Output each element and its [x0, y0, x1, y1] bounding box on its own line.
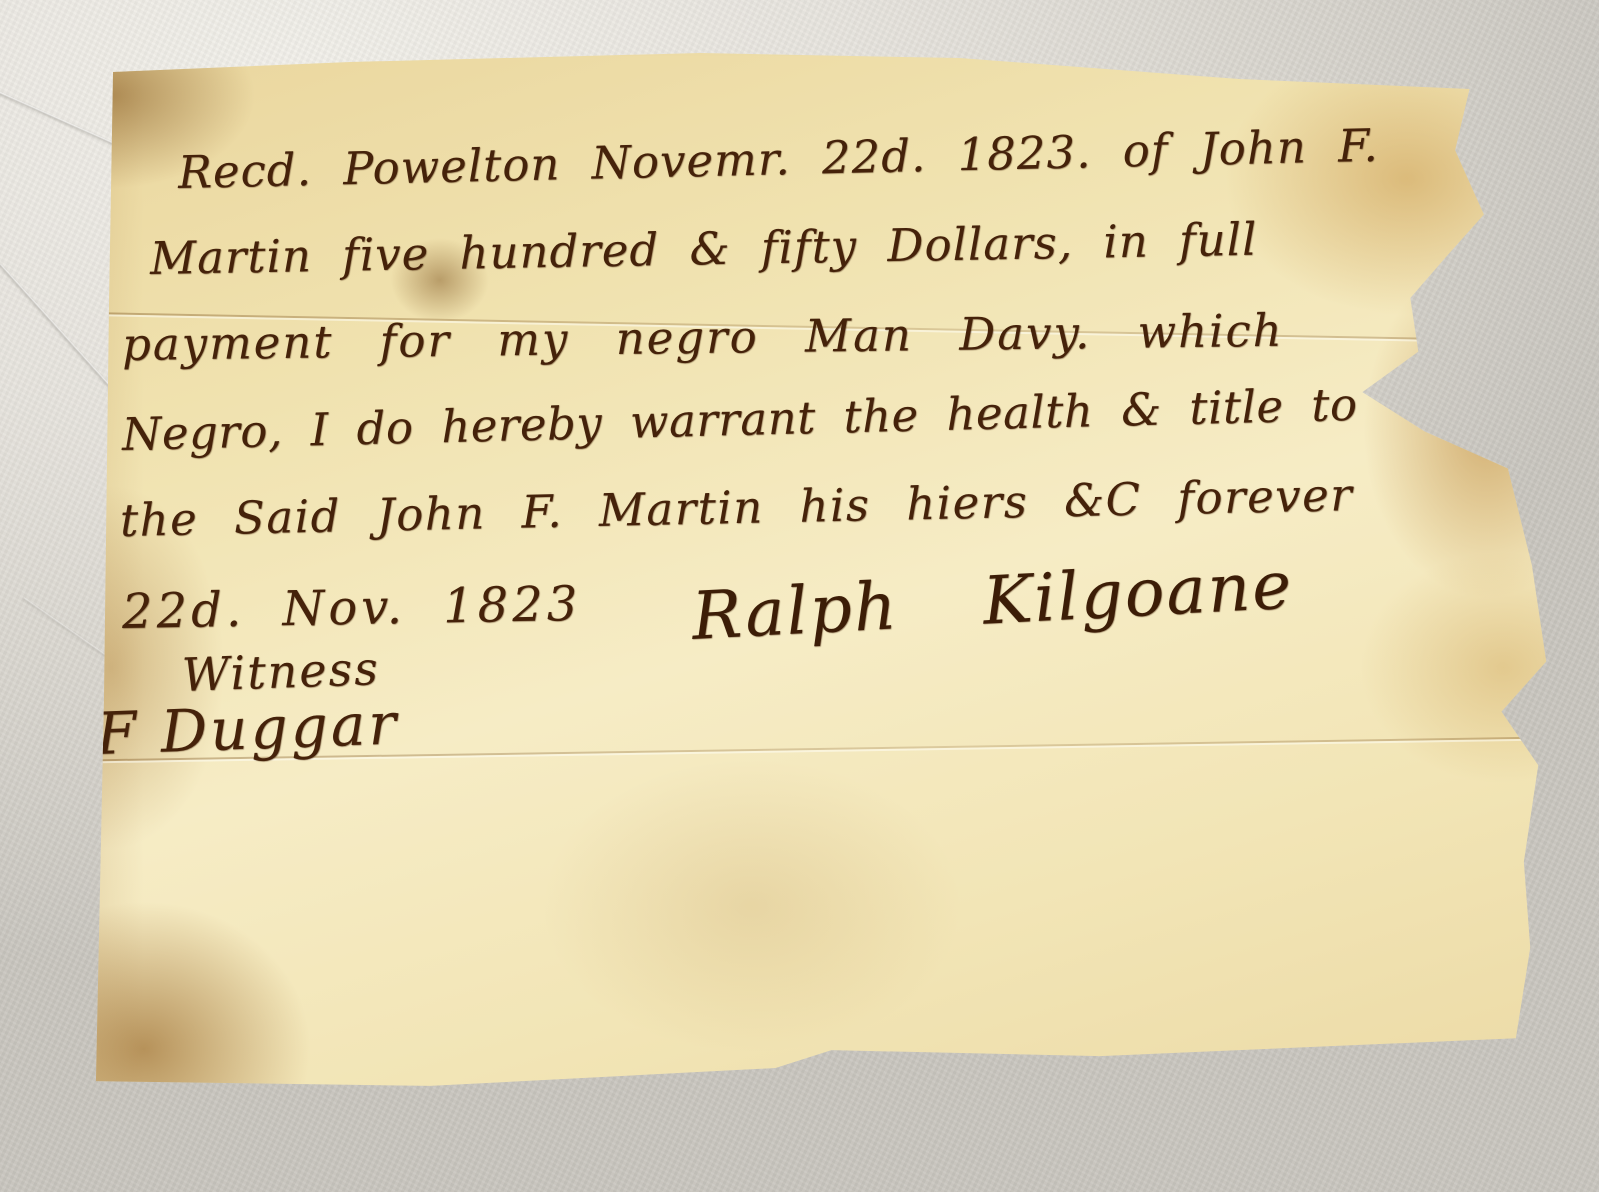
handwritten-line-warrant: Negro, I do hereby warrant the health & …: [121, 378, 1358, 461]
handwritten-line-heirs: the Said John F. Martin his hiers &C for…: [119, 468, 1353, 547]
wall-crack: [0, 263, 121, 398]
signature-ralph-kilgoane: Ralph Kilgoane: [690, 547, 1295, 655]
receipt-paper: Recd. Powelton Novemr. 22d. 1823. of Joh…: [0, 0, 1599, 1192]
document-photo: Recd. Powelton Novemr. 22d. 1823. of Joh…: [0, 0, 1599, 1192]
handwritten-line-amount: Martin five hundred & fifty Dollars, in …: [150, 213, 1258, 285]
witness-signature-f-duggar: F Duggar: [95, 689, 400, 768]
handwritten-date-line: 22d. Nov. 1823: [122, 576, 582, 640]
handwritten-line-received-date: Recd. Powelton Novemr. 22d. 1823. of Joh…: [177, 119, 1379, 199]
handwritten-line-payment: payment for my negro Man Davy. which: [122, 304, 1284, 371]
